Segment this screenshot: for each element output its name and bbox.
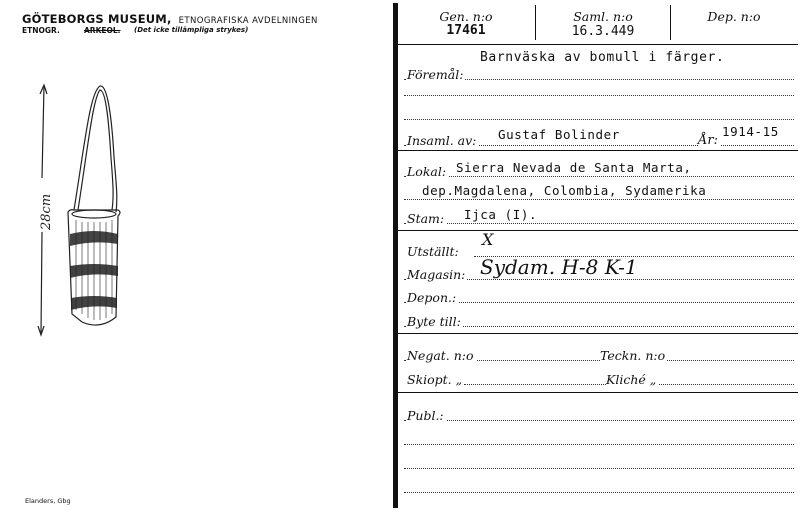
section-rule — [398, 333, 798, 334]
field-negat-teckn: Negat. n:o Teckn. n:o — [404, 344, 794, 364]
magasin-label: Magasin: — [407, 267, 467, 282]
section-rule — [398, 392, 798, 393]
field-depon: Depon.: — [404, 286, 794, 306]
negat-label: Negat. n:o — [407, 348, 476, 363]
field-lokal-line-2: dep.Magdalena, Colombia, Sydamerika — [404, 183, 794, 203]
utstallt-value: X — [482, 230, 493, 249]
category-line: ETNOGR. ARKEOL. (Det icke tillämpliga st… — [22, 26, 60, 35]
publ-label: Publ.: — [407, 408, 446, 423]
dep-number-label: Dep. n:o — [670, 9, 798, 24]
number-header: Gen. n:o 17461 Saml. n:o 16.3.449 Dep. n… — [398, 0, 798, 45]
museum-name: GÖTEBORGS MUSEUM, — [22, 12, 172, 26]
field-insaml: Insaml. av: Gustaf Bolinder År: 1914-15 — [404, 129, 794, 149]
field-stam: Stam: Ijca (I). — [404, 207, 794, 227]
gen-number-label: Gen. n:o — [398, 9, 534, 24]
museum-heading: GÖTEBORGS MUSEUM, ETNOGRAFISKA AVDELNING… — [22, 8, 318, 27]
gen-number-value: 17461 — [398, 23, 534, 38]
skiopt-label: Skiopt. „ — [407, 372, 464, 387]
section-rule — [398, 230, 798, 231]
magasin-value: Sydam. H-8 K-1 — [480, 255, 638, 279]
field-publ: Publ.: — [404, 404, 794, 424]
field-byte: Byte till: — [404, 310, 794, 330]
ar-value: 1914-15 — [722, 124, 779, 139]
dep-number-cell: Dep. n:o — [670, 0, 798, 44]
kliche-label: Kliché „ — [606, 372, 658, 387]
lokal-value-line-1: Sierra Nevada de Santa Marta, — [456, 160, 692, 175]
insaml-label: Insaml. av: — [407, 133, 478, 148]
utstallt-label: Utställt: — [407, 244, 461, 259]
saml-number-value: 16.3.449 — [536, 24, 670, 39]
printer-imprint: Elanders, Gbg — [25, 497, 71, 505]
card-left-panel: GÖTEBORGS MUSEUM, ETNOGRAFISKA AVDELNING… — [0, 0, 392, 514]
catalog-card-form: Gen. n:o 17461 Saml. n:o 16.3.449 Dep. n… — [398, 0, 798, 514]
stam-label: Stam: — [407, 211, 446, 226]
field-publ-line-4 — [404, 476, 794, 496]
foremal-value: Barnväska av bomull i färger. — [480, 50, 724, 65]
measure-label: 28cm — [39, 194, 54, 231]
field-skiopt-kliche: Skiopt. „ Kliché „ — [404, 368, 794, 388]
ar-label: År: — [698, 133, 720, 148]
gen-number-cell: Gen. n:o 17461 — [398, 0, 534, 44]
lokal-label: Lokal: — [407, 164, 448, 179]
depon-label: Depon.: — [407, 290, 458, 305]
field-lokal: Lokal: Sierra Nevada de Santa Marta, — [404, 160, 794, 180]
stam-value: Ijca (I). — [464, 207, 537, 222]
lokal-value-line-2: dep.Magdalena, Colombia, Sydamerika — [422, 183, 706, 198]
field-magasin: Magasin: Sydam. H-8 K-1 — [404, 263, 794, 283]
saml-number-cell: Saml. n:o 16.3.449 — [535, 5, 671, 40]
teckn-label: Teckn. n:o — [600, 348, 667, 363]
field-publ-line-3 — [404, 452, 794, 472]
etnogr-label: ETNOGR. — [22, 26, 60, 35]
department-name: ETNOGRAFISKA AVDELNINGEN — [179, 16, 318, 26]
bag-icon — [68, 86, 120, 325]
insaml-value: Gustaf Bolinder — [498, 127, 620, 142]
section-rule — [398, 150, 798, 151]
field-foremal-line-2 — [404, 79, 794, 99]
saml-number-label: Saml. n:o — [536, 9, 670, 24]
field-foremal-line-3 — [404, 103, 794, 123]
field-publ-line-2 — [404, 428, 794, 448]
bag-sketch-illustration: 28cm — [30, 82, 130, 342]
arkeol-label-struck: ARKEOL. — [84, 26, 121, 35]
byte-label: Byte till: — [407, 314, 463, 329]
strike-note: (Det icke tillämpliga strykes) — [134, 26, 248, 34]
